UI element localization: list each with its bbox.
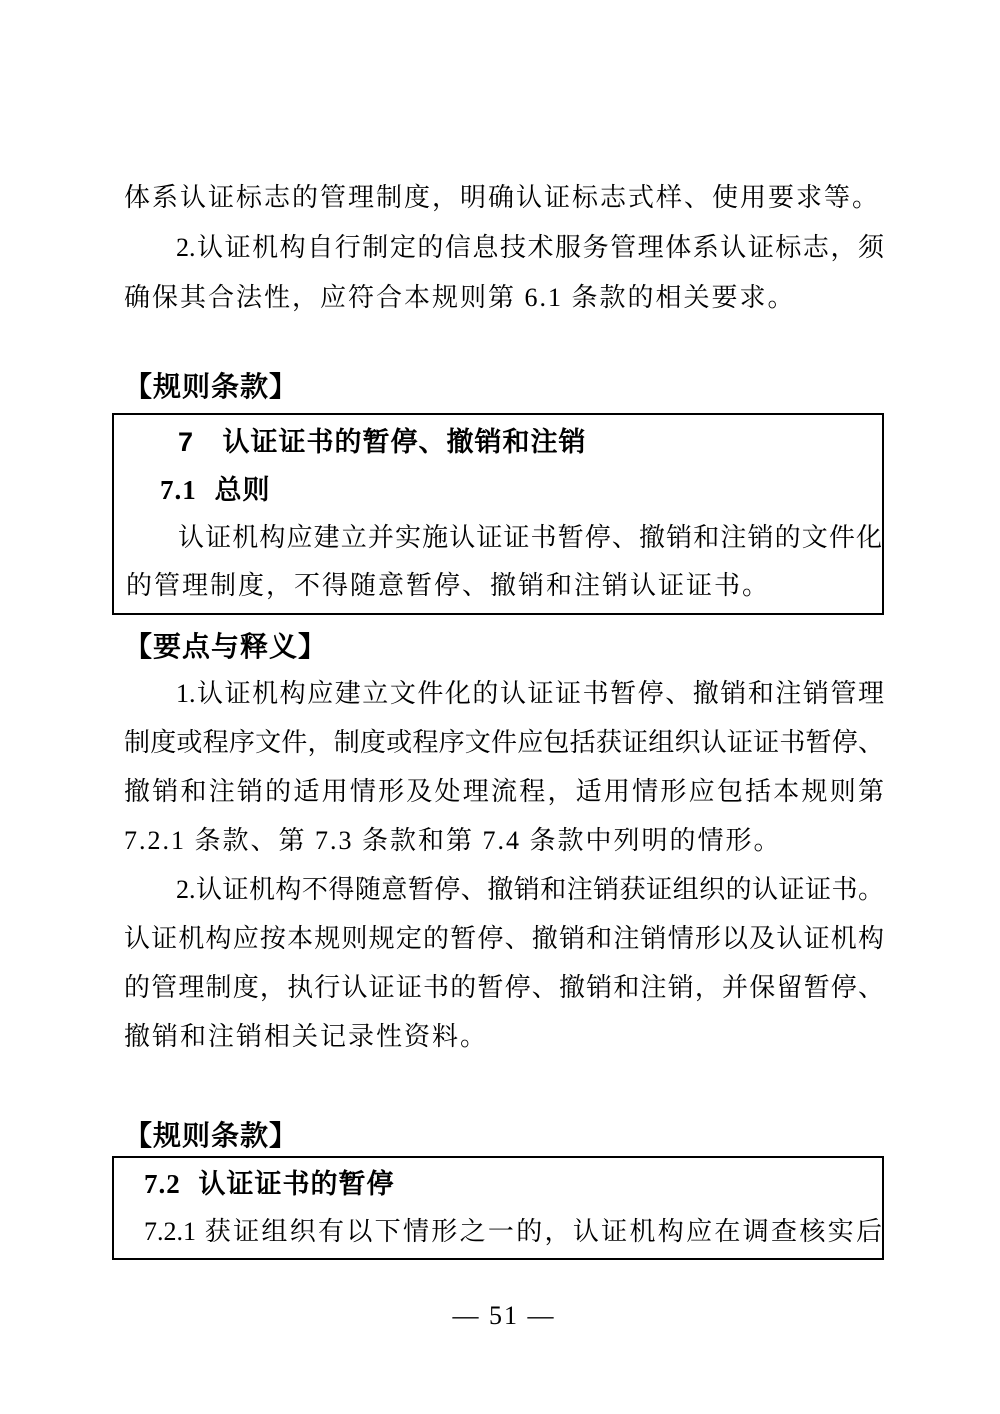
rule-clause-body-1: 认证机构应建立并实施认证证书暂停、撤销和注销的文件化的管理制度，不得随意暂停、撤… — [126, 514, 882, 610]
paragraph: 2.认证机构不得随意暂停、撤销和注销获证组织的认证证书。认证机构应按本规则规定的… — [124, 865, 884, 1061]
text-line: 确保其合法性，应符合本规则第 6.1 条款的相关要求。 — [124, 273, 884, 323]
subsection-title: 认证证书的暂停 — [199, 1169, 395, 1199]
text-line: 7.2.1 条款、第 7.3 条款和第 7.4 条款中列明的情形。 — [124, 816, 884, 865]
text-line: 撤销和注销的适用情形及处理流程，适用情形应包括本规则第 — [124, 767, 884, 816]
text-line: 认证机构应建立并实施认证证书暂停、撤销和注销的文件化 — [126, 514, 882, 562]
text-line: 2.认证机构不得随意暂停、撤销和注销获证组织的认证证书。 — [124, 865, 884, 914]
text-column: 体系认证标志的管理制度，明确认证标志式样、使用要求等。2.认证机构自行制定的信息… — [124, 0, 884, 1336]
rule-clause-heading-1: 【规则条款】 — [124, 367, 884, 407]
text-line: 的管理制度，执行认证证书的暂停、撤销和注销，并保留暂停、 — [124, 963, 884, 1012]
rule-clause-box-2: 7.2 认证证书的暂停 7.2.1 获证组织有以下情形之一的，认证机构应在调查核… — [112, 1156, 884, 1260]
text-line: 撤销和注销相关记录性资料。 — [124, 1012, 884, 1061]
subsection-number: 7.1 — [160, 475, 197, 505]
rule-clause-body-2: 7.2.1 获证组织有以下情形之一的，认证机构应在调查核实后 — [126, 1208, 882, 1256]
rule-clause-heading-2: 【规则条款】 — [124, 1116, 884, 1156]
chapter-title: 认证证书的暂停、撤销和注销 — [223, 427, 587, 457]
text-line: 体系认证标志的管理制度，明确认证标志式样、使用要求等。 — [124, 173, 884, 223]
text-line: 制度或程序文件，制度或程序文件应包括获证组织认证证书暂停、 — [124, 718, 884, 767]
paragraph: 1.认证机构应建立文件化的认证证书暂停、撤销和注销管理制度或程序文件，制度或程序… — [124, 669, 884, 865]
text-line: 的管理制度，不得随意暂停、撤销和注销认证证书。 — [126, 562, 882, 610]
page-number: — 51 — — [124, 1296, 884, 1336]
intro-paragraphs: 体系认证标志的管理制度，明确认证标志式样、使用要求等。2.认证机构自行制定的信息… — [124, 173, 884, 323]
text-line: 7.2.1 获证组织有以下情形之一的，认证机构应在调查核实后 — [126, 1208, 882, 1256]
subsection-heading-7-2: 7.2 认证证书的暂停 — [126, 1160, 882, 1208]
text-line: 1.认证机构应建立文件化的认证证书暂停、撤销和注销管理 — [124, 669, 884, 718]
paragraph: 认证机构应建立并实施认证证书暂停、撤销和注销的文件化的管理制度，不得随意暂停、撤… — [126, 514, 882, 610]
interpretation-heading: 【要点与释义】 — [124, 627, 884, 667]
interpretation-paragraphs: 1.认证机构应建立文件化的认证证书暂停、撤销和注销管理制度或程序文件，制度或程序… — [124, 669, 884, 1061]
subsection-heading-7-1: 7.1 总则 — [126, 466, 882, 514]
paragraph: 2.认证机构自行制定的信息技术服务管理体系认证标志，须确保其合法性，应符合本规则… — [124, 223, 884, 323]
paragraph: 7.2.1 获证组织有以下情形之一的，认证机构应在调查核实后 — [126, 1208, 882, 1256]
rule-clause-box-1: 7 认证证书的暂停、撤销和注销 7.1 总则 认证机构应建立并实施认证证书暂停、… — [112, 413, 884, 615]
paragraph: 体系认证标志的管理制度，明确认证标志式样、使用要求等。 — [124, 173, 884, 223]
document-page: 体系认证标志的管理制度，明确认证标志式样、使用要求等。2.认证机构自行制定的信息… — [0, 0, 1000, 1414]
subsection-number: 7.2 — [144, 1169, 181, 1199]
text-line: 认证机构应按本规则规定的暂停、撤销和注销情形以及认证机构 — [124, 914, 884, 963]
chapter-heading: 7 认证证书的暂停、撤销和注销 — [126, 418, 882, 466]
text-line: 2.认证机构自行制定的信息技术服务管理体系认证标志，须 — [124, 223, 884, 273]
chapter-number: 7 — [178, 427, 194, 457]
subsection-title: 总则 — [215, 475, 271, 505]
